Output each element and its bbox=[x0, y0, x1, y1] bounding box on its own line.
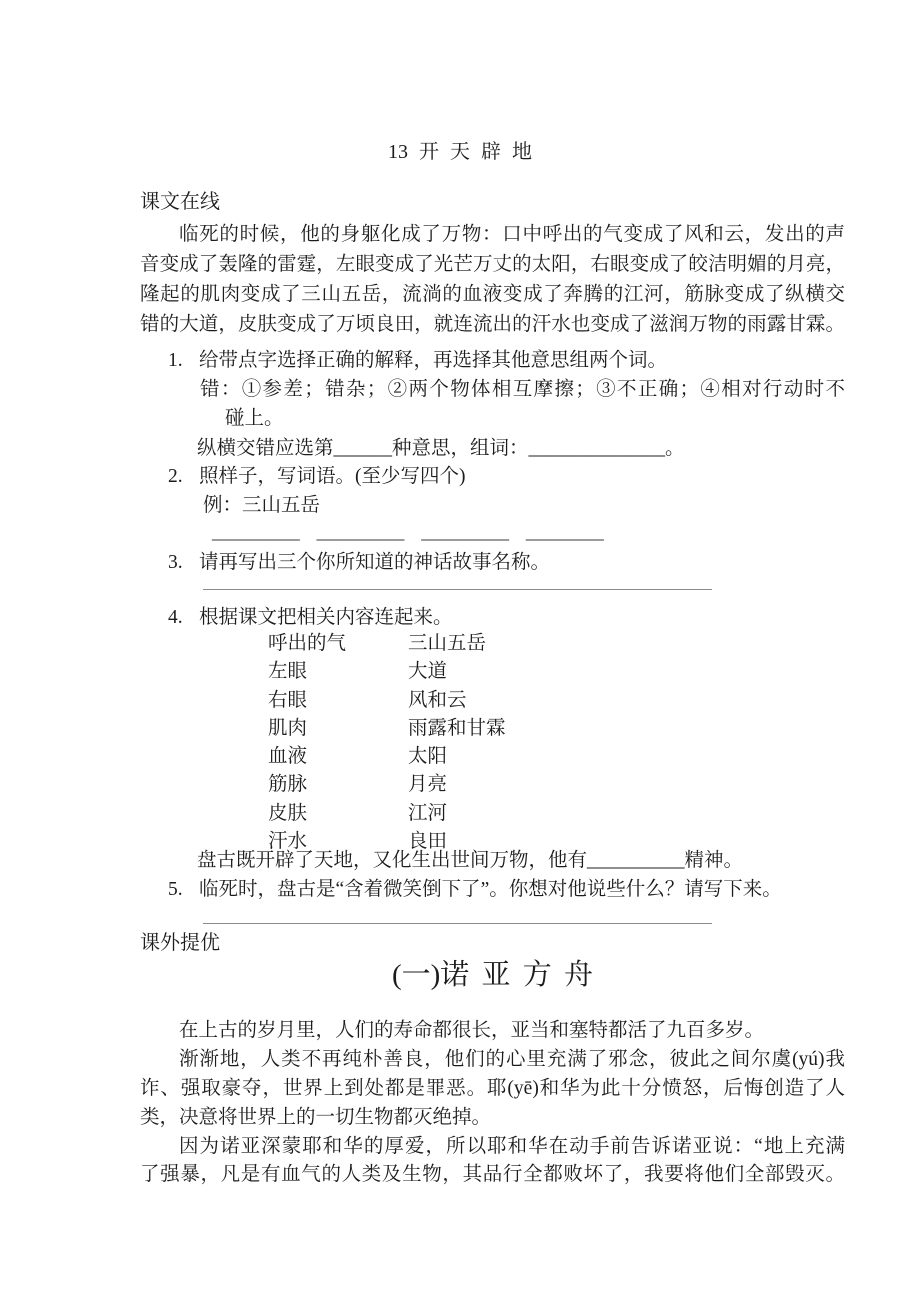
passage1-line-4: 错的大道，皮肤变成了万顷良田，就连流出的汗水也变成了滋润万物的雨露甘霖。 bbox=[140, 313, 845, 336]
question-1: 1.给带点字选择正确的解释，再选择其他意思组两个词。 bbox=[168, 349, 667, 372]
question-5-text: 临死时，盘古是“含着微笑倒下了”。你想对他说些什么？请写下来。 bbox=[199, 879, 782, 900]
passage2-line-4: 类，决意将世界上的一切生物都灭绝掉。 bbox=[140, 1106, 491, 1129]
passage1-line-1: 临死的时候，他的身躯化成了万物：口中呼出的气变成了风和云，发出的声 bbox=[140, 223, 845, 246]
question-5-number: 5. bbox=[168, 878, 199, 901]
question-3-number: 3. bbox=[168, 551, 199, 574]
question-5-answer-rule bbox=[203, 923, 712, 924]
match-left-2: 左眼 bbox=[268, 658, 408, 686]
question-3-answer-rule bbox=[203, 589, 712, 590]
match-right-5: 太阳 bbox=[408, 743, 447, 771]
match-left-6: 筋脉 bbox=[268, 771, 408, 799]
match-right-2: 大道 bbox=[408, 658, 447, 686]
passage2-line-5: 因为诺亚深蒙耶和华的厚爱，所以耶和华在动手前告诉诺亚说：“地上充满 bbox=[140, 1135, 845, 1158]
match-right-4: 雨露和甘霖 bbox=[408, 715, 506, 743]
passage1-line-2: 音变成了轰隆的雷霆，左眼变成了光芒万丈的太阳，右眼变成了皎洁明媚的月亮， bbox=[140, 253, 845, 276]
question-1-answer-line: 纵横交错应选第______种意思，组词：______________。 bbox=[197, 437, 685, 460]
passage2-line-2: 渐渐地，人类不再纯朴善良，他们的心里充满了邪念，彼此之间尔虞(yú)我 bbox=[140, 1048, 845, 1071]
question-3: 3.请再写出三个你所知道的神话故事名称。 bbox=[168, 551, 550, 574]
question-4-text: 根据课文把相关内容连起来。 bbox=[199, 607, 453, 628]
match-right-6: 月亮 bbox=[408, 771, 447, 799]
question-4: 4.根据课文把相关内容连起来。 bbox=[168, 606, 453, 629]
section-label-extra-practice: 课外提优 bbox=[140, 932, 220, 955]
match-left-7: 皮肤 bbox=[268, 800, 408, 828]
match-row-3: 右眼风和云 bbox=[268, 687, 506, 715]
match-right-3: 风和云 bbox=[408, 687, 467, 715]
match-row-6: 筋脉月亮 bbox=[268, 771, 506, 799]
passage2-line-3: 诈、强取豪夺，世界上到处都是罪恶。耶(yē)和华为此十分愤怒，后悔创造了人 bbox=[140, 1077, 845, 1100]
match-left-5: 血液 bbox=[268, 743, 408, 771]
passage2-line-1: 在上古的岁月里，人们的寿命都很长，亚当和塞特都活了九百多岁。 bbox=[140, 1019, 845, 1042]
question-4-number: 4. bbox=[168, 606, 199, 629]
match-left-4: 肌肉 bbox=[268, 715, 408, 743]
match-left-3: 右眼 bbox=[268, 687, 408, 715]
match-right-7: 江河 bbox=[408, 800, 447, 828]
match-row-5: 血液太阳 bbox=[268, 743, 506, 771]
match-row-7: 皮肤江河 bbox=[268, 800, 506, 828]
question-2-text: 照样子，写词语。(至少写四个) bbox=[199, 466, 466, 487]
question-2-example: 例：三山五岳 bbox=[203, 494, 320, 517]
matching-exercise: 呼出的气三山五岳 左眼大道 右眼风和云 肌肉雨露和甘霖 血液太阳 筋脉月亮 皮肤… bbox=[268, 630, 506, 856]
question-4-summary: 盘古既开辟了天地，又化生出世间万物，他有__________精神。 bbox=[197, 849, 743, 872]
passage2-line-6: 了强暴，凡是有血气的人类及生物，其品行全都败坏了，我要将他们全部毁灭。 bbox=[140, 1163, 845, 1186]
match-right-1: 三山五岳 bbox=[408, 630, 486, 658]
worksheet-page: 13 开 天 辟 地 课文在线 临死的时候，他的身躯化成了万物：口中呼出的气变成… bbox=[0, 0, 920, 1302]
question-1-text: 给带点字选择正确的解释，再选择其他意思组两个词。 bbox=[199, 350, 667, 371]
match-row-1: 呼出的气三山五岳 bbox=[268, 630, 506, 658]
match-row-2: 左眼大道 bbox=[268, 658, 506, 686]
question-3-text: 请再写出三个你所知道的神话故事名称。 bbox=[199, 552, 550, 573]
match-row-4: 肌肉雨露和甘霖 bbox=[268, 715, 506, 743]
question-1-options-cont: 碰上。 bbox=[225, 407, 284, 430]
question-2: 2.照样子，写词语。(至少写四个) bbox=[168, 465, 466, 488]
question-2-number: 2. bbox=[168, 465, 199, 488]
question-5: 5.临死时，盘古是“含着微笑倒下了”。你想对他说些什么？请写下来。 bbox=[168, 878, 782, 901]
passage1-line-3: 隆起的肌肉变成了三山五岳，流淌的血液变成了奔腾的江河，筋脉变成了纵横交 bbox=[140, 283, 845, 306]
question-2-blanks: _________ _________ _________ ________ bbox=[212, 521, 604, 544]
lesson-title: 13 开 天 辟 地 bbox=[0, 140, 920, 164]
question-1-options: 错：①参差；错杂；②两个物体相互摩擦；③不正确；④相对行动时不 bbox=[200, 378, 845, 401]
reading-title: (一)诺 亚 方 舟 bbox=[140, 957, 845, 993]
section-label-text-online: 课文在线 bbox=[140, 191, 220, 214]
question-1-number: 1. bbox=[168, 349, 199, 372]
match-left-1: 呼出的气 bbox=[268, 630, 408, 658]
